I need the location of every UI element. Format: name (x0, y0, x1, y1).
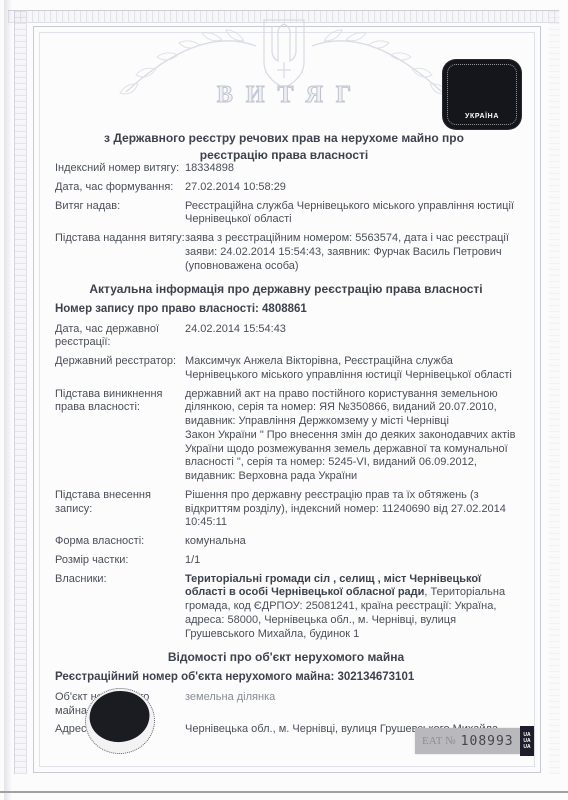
field-value: 24.02.2014 15:54:43 (185, 323, 517, 351)
document-title: з Державного реєстру речових прав на нер… (0, 130, 568, 164)
object-registration-number-line: Реєстраційний номер об'єкта нерухомого м… (55, 670, 517, 684)
field-label: Дата, час державної реєстрації: (55, 323, 185, 351)
field-value-paragraph-2: Закон України " Про внесення змін до дея… (185, 429, 517, 484)
scan-edge-bottom (0, 791, 568, 793)
field-row-registration-datetime: Дата, час державної реєстрації: 24.02.20… (55, 323, 517, 351)
field-value: Рішення про державну реєстрацію прав та … (185, 489, 517, 530)
record-number-line: Номер запису про право власності: 480886… (55, 302, 517, 316)
field-label: Індексний номер витягу: (55, 162, 185, 176)
field-label: Розмір частки: (55, 554, 185, 568)
hologram-sticker: УКРАЇНА (443, 60, 521, 129)
document-title-line1: з Державного реєстру речових прав на нер… (0, 130, 568, 147)
section-heading-actual-info: Актуальна інформація про державну реєстр… (55, 282, 517, 297)
field-value: 18334898 (185, 162, 517, 176)
field-label: Власники: (55, 573, 185, 642)
field-row-ownership-origin-basis: Підстава виникнення права власності: дер… (55, 388, 517, 484)
section-heading-object-info: Відомості про об'єкт нерухомого майна (55, 650, 517, 665)
field-value: Реєстраційна служба Чернівецького місько… (185, 200, 517, 228)
field-value: заява з реєстраційним номером: 5563574, … (185, 232, 517, 273)
serial-prefix: ЕАТ № (422, 735, 456, 747)
field-value: земельна ділянка (185, 691, 517, 719)
field-row-share-size: Розмір частки: 1/1 (55, 554, 517, 568)
scan-edge (4, 0, 12, 800)
ua-mark: UA (523, 733, 530, 738)
field-label: Підстава внесення запису: (55, 489, 185, 530)
field-row-issued-by: Витяг надав: Реєстраційна служба Черніве… (55, 200, 517, 228)
blank-serial-strip: ЕАТ № 108993 UA UA UA (415, 728, 534, 754)
field-value: державний акт на право постійного корист… (185, 388, 517, 484)
field-label: Витяг надав: (55, 200, 185, 228)
guilloche-band-left (14, 10, 27, 774)
field-row-index-number: Індексний номер витягу: 18334898 (55, 162, 517, 176)
ua-mark: UA (523, 745, 530, 750)
field-label: Форма власності: (55, 535, 185, 549)
document-page: ВИТЯГ УКРАЇНА з Державного реєстру речов… (0, 0, 568, 800)
document-body: Індексний номер витягу: 18334898 Дата, ч… (55, 162, 517, 742)
field-row-issue-basis: Підстава надання витягу: заява з реєстра… (55, 232, 517, 273)
field-row-record-entry-basis: Підстава внесення запису: Рішення про де… (55, 489, 517, 530)
field-row-formation-datetime: Дата, час формування: 27.02.2014 10:58:2… (55, 181, 517, 195)
ua-marks-block: UA UA UA (520, 726, 534, 756)
field-value: Територіальні громади сіл , селищ , міст… (185, 573, 517, 642)
field-value: 1/1 (185, 554, 517, 568)
guilloche-band-right (549, 10, 560, 774)
field-value-paragraph-1: державний акт на право постійного корист… (185, 388, 517, 429)
ua-mark: UA (523, 739, 530, 744)
field-label: Підстава надання витягу: (55, 232, 185, 273)
hologram-country-label: УКРАЇНА (443, 113, 521, 120)
field-label: Підстава виникнення права власності: (55, 388, 185, 484)
property-object-value: земельна ділянка (185, 691, 275, 703)
field-label: Дата, час формування: (55, 181, 185, 195)
field-row-owners: Власники: Територіальні громади сіл , се… (55, 573, 517, 642)
field-value: 27.02.2014 10:58:29 (185, 181, 517, 195)
field-label: Державний реєстратор: (55, 355, 185, 383)
serial-number: 108993 (461, 734, 514, 749)
field-value: комунальна (185, 535, 517, 549)
round-seal-stamp (82, 685, 159, 758)
field-row-ownership-form: Форма власності: комунальна (55, 535, 517, 549)
field-value: Максимчук Анжела Вікторівна, Реєстраційн… (185, 355, 517, 383)
field-row-state-registrar: Державний реєстратор: Максимчук Анжела В… (55, 355, 517, 383)
